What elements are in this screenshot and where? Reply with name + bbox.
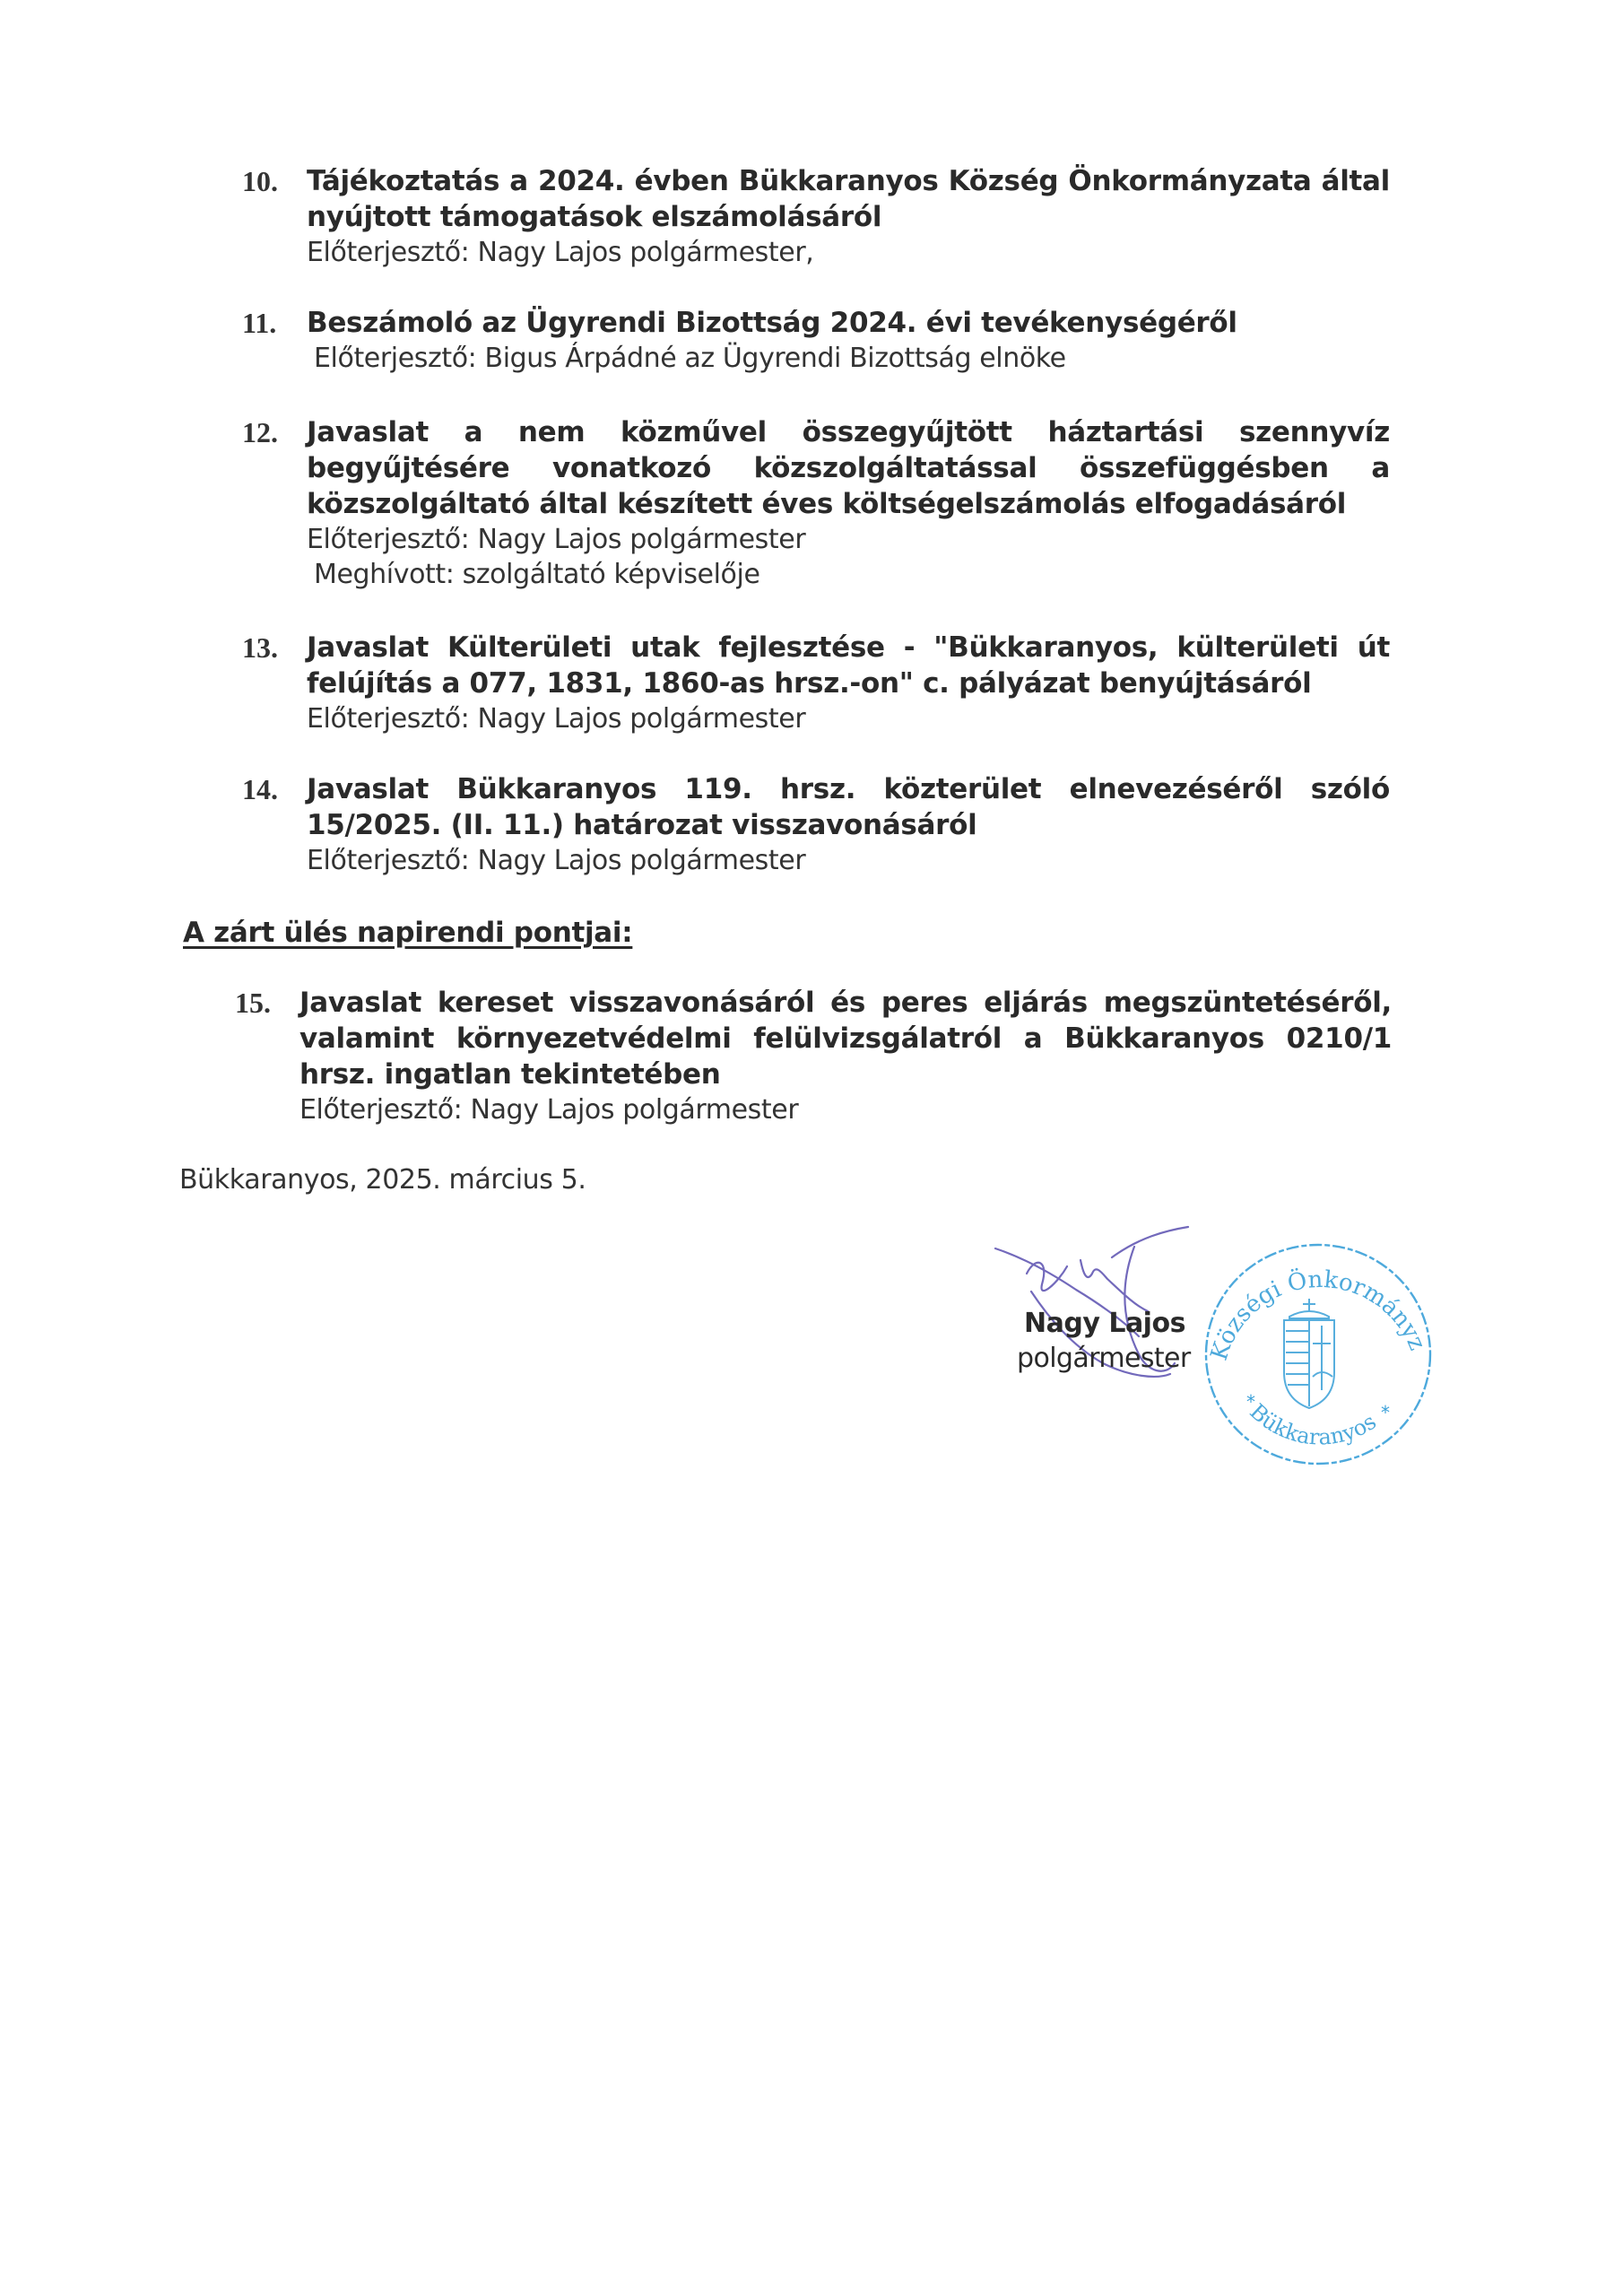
signatory-role: polgármester bbox=[1017, 1343, 1191, 1375]
agenda-item-title: Tájékoztatás a 2024. évben Bükkaranyos K… bbox=[307, 163, 1390, 235]
agenda-item-presenter: Előterjesztő: Nagy Lajos polgármester bbox=[299, 1092, 1392, 1127]
agenda-item-presenter: Előterjesztő: Bigus Árpádné az Ügyrendi … bbox=[307, 341, 1390, 376]
agenda-item-title: Javaslat a nem közművel összegyűjtött há… bbox=[307, 414, 1390, 522]
document-page: 10. Tájékoztatás a 2024. évben Bükkarany… bbox=[0, 0, 1623, 2296]
agenda-item-title: Javaslat kereset visszavonásáról és pere… bbox=[299, 985, 1392, 1092]
agenda-item-number: 14. bbox=[242, 771, 278, 807]
agenda-item-presenter: Előterjesztő: Nagy Lajos polgármester bbox=[307, 843, 1390, 878]
agenda-item-number: 10. bbox=[242, 163, 278, 199]
agenda-item-15: 15. Javaslat kereset visszavonásáról és … bbox=[235, 985, 1392, 1127]
closed-session-heading: A zárt ülés napirendi pontjai: bbox=[183, 915, 632, 951]
agenda-item-presenter: Előterjesztő: Nagy Lajos polgármester, bbox=[307, 235, 1390, 270]
stamp-star-right: * bbox=[1381, 1402, 1390, 1423]
agenda-item-invited: Meghívott: szolgáltató képviselője bbox=[307, 557, 1390, 592]
agenda-item-11: 11. Beszámoló az Ügyrendi Bizottság 2024… bbox=[242, 305, 1390, 376]
agenda-item-14: 14. Javaslat Bükkaranyos 119. hrsz. közt… bbox=[242, 771, 1390, 878]
coat-of-arms-icon bbox=[1284, 1299, 1334, 1408]
stamp-star-left: * bbox=[1246, 1391, 1255, 1413]
agenda-item-number: 11. bbox=[242, 305, 276, 341]
signatory-name: Nagy Lajos bbox=[1024, 1308, 1185, 1340]
agenda-item-title: Beszámoló az Ügyrendi Bizottság 2024. év… bbox=[307, 305, 1390, 341]
agenda-item-10: 10. Tájékoztatás a 2024. évben Bükkarany… bbox=[242, 163, 1390, 270]
agenda-item-title: Javaslat Külterületi utak fejlesztése - … bbox=[307, 630, 1390, 701]
place-date: Bükkaranyos, 2025. március 5. bbox=[179, 1162, 586, 1198]
agenda-item-presenter: Előterjesztő: Nagy Lajos polgármester bbox=[307, 701, 1390, 736]
agenda-item-presenter: Előterjesztő: Nagy Lajos polgármester bbox=[307, 522, 1390, 557]
agenda-item-12: 12. Javaslat a nem közművel összegyűjtöt… bbox=[242, 414, 1390, 592]
agenda-item-number: 13. bbox=[242, 630, 278, 665]
agenda-item-title: Javaslat Bükkaranyos 119. hrsz. közterül… bbox=[307, 771, 1390, 843]
agenda-item-13: 13. Javaslat Külterületi utak fejlesztés… bbox=[242, 630, 1390, 736]
agenda-item-number: 15. bbox=[235, 985, 271, 1021]
agenda-item-number: 12. bbox=[242, 414, 278, 450]
official-stamp-icon: Községi Önkormányzat Bükkaranyos * * bbox=[1184, 1220, 1453, 1489]
